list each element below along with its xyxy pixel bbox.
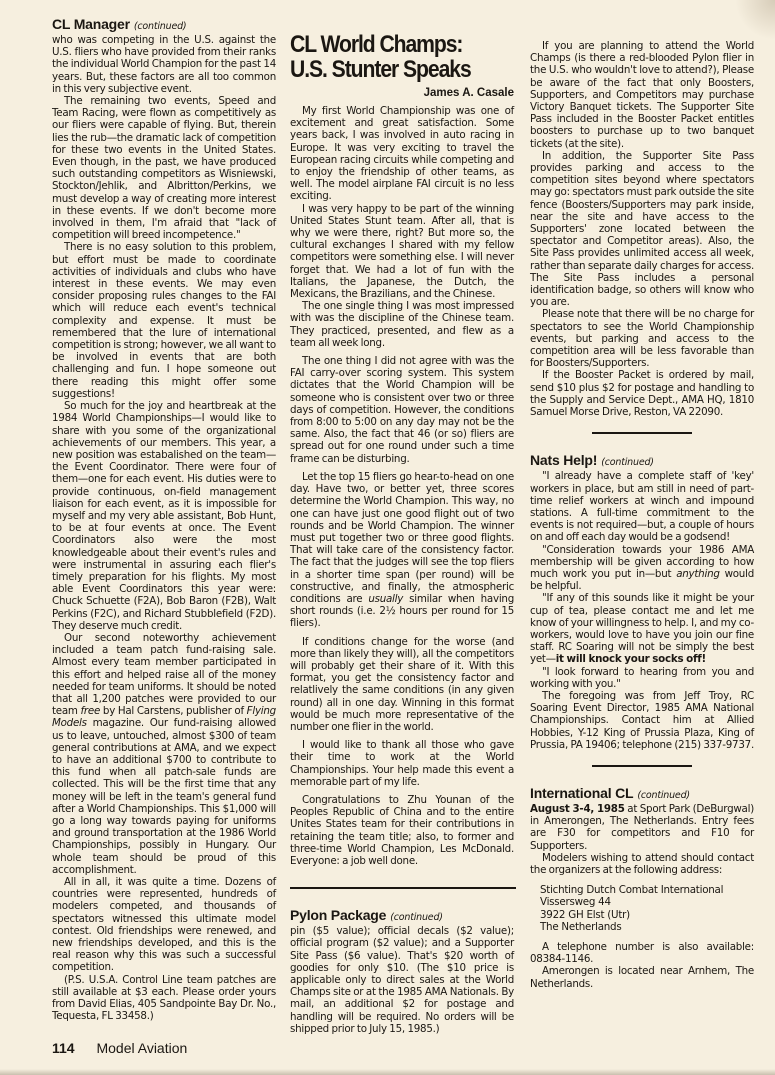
publication-name: Model Aviation: [96, 1040, 187, 1056]
paragraph: "I look forward to hearing from you and …: [530, 666, 754, 690]
paragraph: The remaining two events, Speed and Team…: [52, 95, 276, 241]
paragraph: August 3-4, 1985 at Sport Park (DeBurgwa…: [530, 803, 754, 852]
paragraph: Amerongen is located near Arnhem, The Ne…: [530, 965, 754, 989]
page-edge: [0, 1069, 775, 1075]
nats-help-body: "I already have a complete staff of 'key…: [530, 470, 754, 751]
paragraph: who was competing in the U.S. against th…: [52, 34, 276, 95]
paragraph: My first World Championship was one of e…: [290, 105, 514, 203]
paragraph: Congratulations to Zhu Younan of the Peo…: [290, 794, 514, 867]
address-line: 3922 GH Elst (Utr): [540, 909, 754, 921]
page-number: 114: [52, 1040, 75, 1056]
section-heading-pylon-package: Pylon Package(continued): [290, 907, 514, 923]
section-divider: [290, 887, 516, 889]
address-line: Stichting Dutch Combat International: [540, 884, 754, 896]
continued-label: (continued): [601, 457, 654, 468]
column-cl-manager: CL Manager(continued) who was competing …: [52, 16, 276, 1022]
paragraph: If conditions change for the worse (and …: [290, 636, 514, 734]
international-cl-body-cont: A telephone number is also available: 08…: [530, 941, 754, 990]
paragraph: "I already have a complete staff of 'key…: [530, 470, 754, 543]
paragraph: If you are planning to attend the World …: [530, 40, 754, 150]
paragraph: Please note that there will be no charge…: [530, 308, 754, 369]
pylon-package-body: pin ($5 value); official decals ($2 valu…: [290, 925, 514, 1035]
author-byline: James A. Casale: [290, 87, 514, 99]
paragraph: pin ($5 value); official decals ($2 valu…: [290, 925, 514, 1035]
paragraph: The one thing I did not agree with was t…: [290, 355, 514, 465]
page-footer: 114 Model Aviation: [52, 1040, 187, 1056]
paragraph: I would like to thank all those who gave…: [290, 739, 514, 788]
section-divider: [592, 765, 692, 767]
paragraph: So much for the joy and heartbreak at th…: [52, 400, 276, 632]
section-heading-nats-help: Nats Help!(continued): [530, 452, 754, 468]
paragraph: I was very happy to be part of the winni…: [290, 203, 514, 301]
continued-label: (continued): [390, 912, 443, 923]
cl-manager-body: who was competing in the U.S. against th…: [52, 34, 276, 1022]
continued-label: (continued): [134, 21, 187, 32]
paragraph: "Consideration towards your 1986 AMA mem…: [530, 544, 754, 593]
magazine-page: CL Manager(continued) who was competing …: [0, 0, 775, 1075]
continued-label: (continued): [637, 790, 690, 801]
address-line: Vissersweg 44: [540, 896, 754, 908]
paragraph: "If any of this sounds like it might be …: [530, 592, 754, 665]
paragraph: A telephone number is also available: 08…: [530, 941, 754, 965]
pylon-package-body-cont: If you are planning to attend the World …: [530, 40, 754, 418]
paragraph: (P.S. U.S.A. Control Line team patches a…: [52, 974, 276, 1023]
world-champs-body: My first World Championship was one of e…: [290, 105, 514, 867]
paragraph: The one single thing I was most impresse…: [290, 300, 514, 349]
paragraph: The foregoing was from Jeff Troy, RC Soa…: [530, 690, 754, 751]
paragraph: In addition, the Supporter Site Pass pro…: [530, 150, 754, 309]
international-cl-body: August 3-4, 1985 at Sport Park (DeBurgwa…: [530, 803, 754, 876]
address-line: The Netherlands: [540, 921, 754, 933]
paragraph: There is no easy solution to this proble…: [52, 241, 276, 400]
column-right: If you are planning to attend the World …: [530, 40, 754, 990]
mailing-address: Stichting Dutch Combat International Vis…: [540, 884, 754, 933]
article-title: CL World Champs:U.S. Stunter Speaks: [290, 32, 487, 82]
paragraph: Modelers wishing to attend should contac…: [530, 852, 754, 876]
section-divider: [592, 432, 692, 434]
paragraph: All in all, it was quite a time. Dozens …: [52, 876, 276, 974]
paragraph: Let the top 15 fliers go hear-to-head on…: [290, 471, 514, 630]
paragraph: If the Booster Packet is ordered by mail…: [530, 369, 754, 418]
corner-shadow: [735, 0, 775, 40]
section-heading-cl-manager: CL Manager(continued): [52, 16, 276, 32]
paragraph: Our second noteworthy achievement includ…: [52, 632, 276, 876]
column-world-champs: CL World Champs:U.S. Stunter Speaks Jame…: [290, 32, 514, 1035]
section-heading-international-cl: International CL(continued): [530, 785, 754, 801]
